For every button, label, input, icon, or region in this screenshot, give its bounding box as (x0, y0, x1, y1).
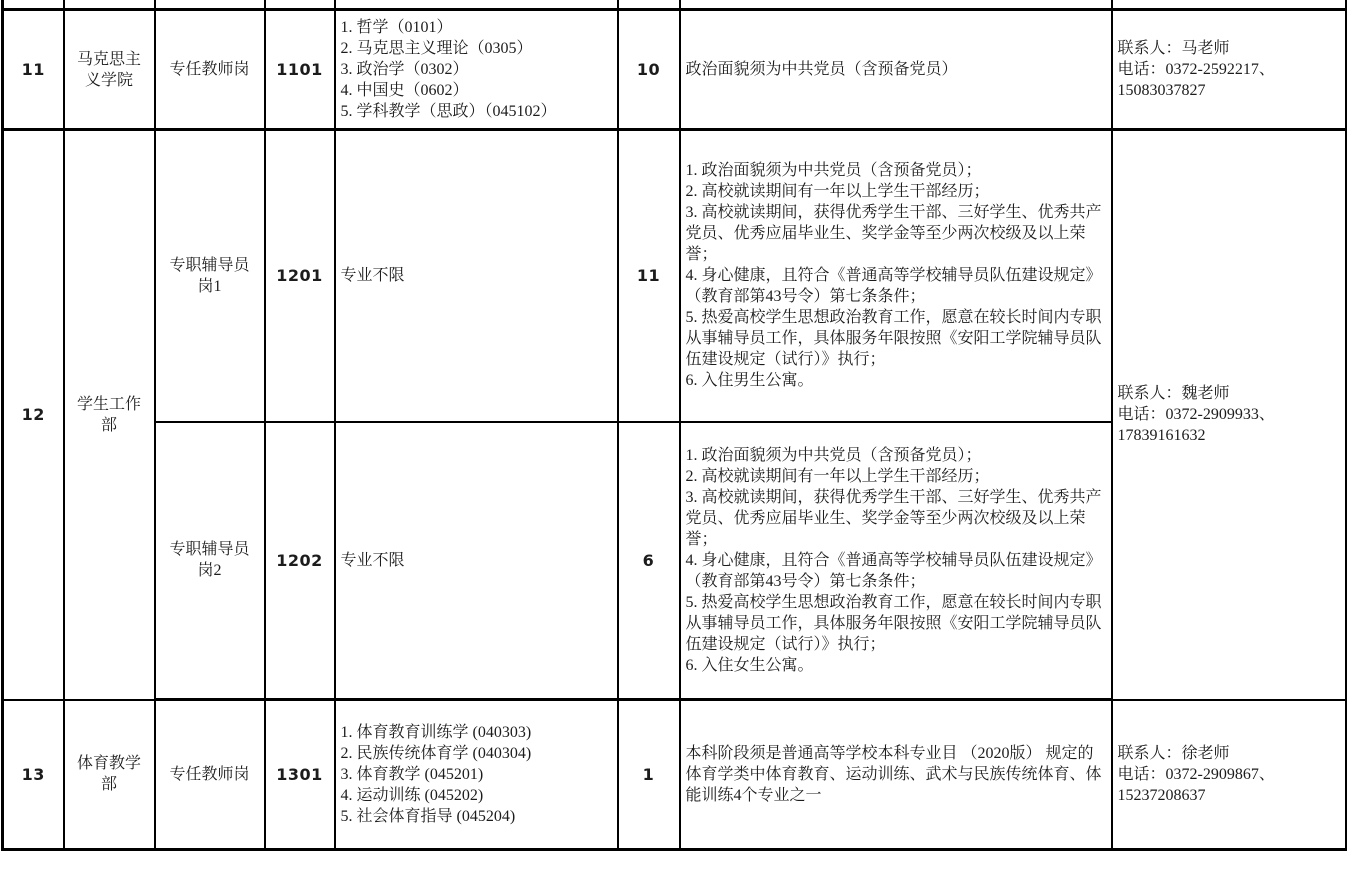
cell-requirements: 1. 政治面貌须为中共党员（含预备党员）； 2. 高校就读期间有一年以上学生干部… (680, 130, 1112, 422)
cell-headcount: 6 (618, 422, 680, 700)
clipped-row-above (3, 0, 1347, 10)
cell-requirements: 1. 政治面貌须为中共党员（含预备党员）； 2. 高校就读期间有一年以上学生干部… (680, 422, 1112, 700)
clipped-cell (64, 0, 155, 10)
cell-position-title: 专任教师岗 (155, 700, 265, 850)
clipped-cell (265, 0, 335, 10)
table-row-12a: 12 学生工作 部 专职辅导员 岗1 1201 专业不限 11 1. 政治面貌须… (3, 130, 1347, 422)
cell-majors: 1. 哲学（0101） 2. 马克思主义理论（0305） 3. 政治学（0302… (335, 10, 618, 130)
cell-position-code: 1101 (265, 10, 335, 130)
table-row-13: 13 体育教学 部 专任教师岗 1301 1. 体育教育训练学 (040303)… (3, 700, 1347, 850)
cell-requirements: 本科阶段须是普通高等学校本科专业目 （2020版） 规定的体育学类中体育教育、运… (680, 700, 1112, 850)
cell-headcount: 11 (618, 130, 680, 422)
cell-row-number: 13 (3, 700, 64, 850)
cell-majors: 1. 体育教育训练学 (040303) 2. 民族传统体育学 (040304) … (335, 700, 618, 850)
cell-headcount: 10 (618, 10, 680, 130)
recruitment-table: 11 马克思主 义学院 专任教师岗 1101 1. 哲学（0101） 2. 马克… (1, 0, 1347, 851)
cell-contact: 联系人：魏老师 电话：0372-2909933、 17839161632 (1112, 130, 1347, 700)
cell-position-code: 1301 (265, 700, 335, 850)
cell-contact: 联系人：马老师 电话：0372-2592217、 15083037827 (1112, 10, 1347, 130)
cell-position-title: 专职辅导员 岗2 (155, 422, 265, 700)
cell-majors: 专业不限 (335, 130, 618, 422)
cell-department: 学生工作 部 (64, 130, 155, 700)
cell-requirements: 政治面貌须为中共党员（含预备党员） (680, 10, 1112, 130)
cell-position-title: 专职辅导员 岗1 (155, 130, 265, 422)
scanned-recruitment-table-page: 11 马克思主 义学院 专任教师岗 1101 1. 哲学（0101） 2. 马克… (0, 0, 1347, 869)
clipped-cell (618, 0, 680, 10)
clipped-cell (335, 0, 618, 10)
clipped-cell (155, 0, 265, 10)
clipped-cell (680, 0, 1112, 10)
cell-headcount: 1 (618, 700, 680, 850)
cell-row-number: 11 (3, 10, 64, 130)
cell-position-code: 1201 (265, 130, 335, 422)
cell-department: 体育教学 部 (64, 700, 155, 850)
cell-majors: 专业不限 (335, 422, 618, 700)
cell-position-title: 专任教师岗 (155, 10, 265, 130)
cell-position-code: 1202 (265, 422, 335, 700)
clipped-cell (1112, 0, 1347, 10)
table-row-11: 11 马克思主 义学院 专任教师岗 1101 1. 哲学（0101） 2. 马克… (3, 10, 1347, 130)
cell-contact: 联系人：徐老师 电话：0372-2909867、 15237208637 (1112, 700, 1347, 850)
cell-department: 马克思主 义学院 (64, 10, 155, 130)
cell-row-number: 12 (3, 130, 64, 700)
clipped-cell (3, 0, 64, 10)
